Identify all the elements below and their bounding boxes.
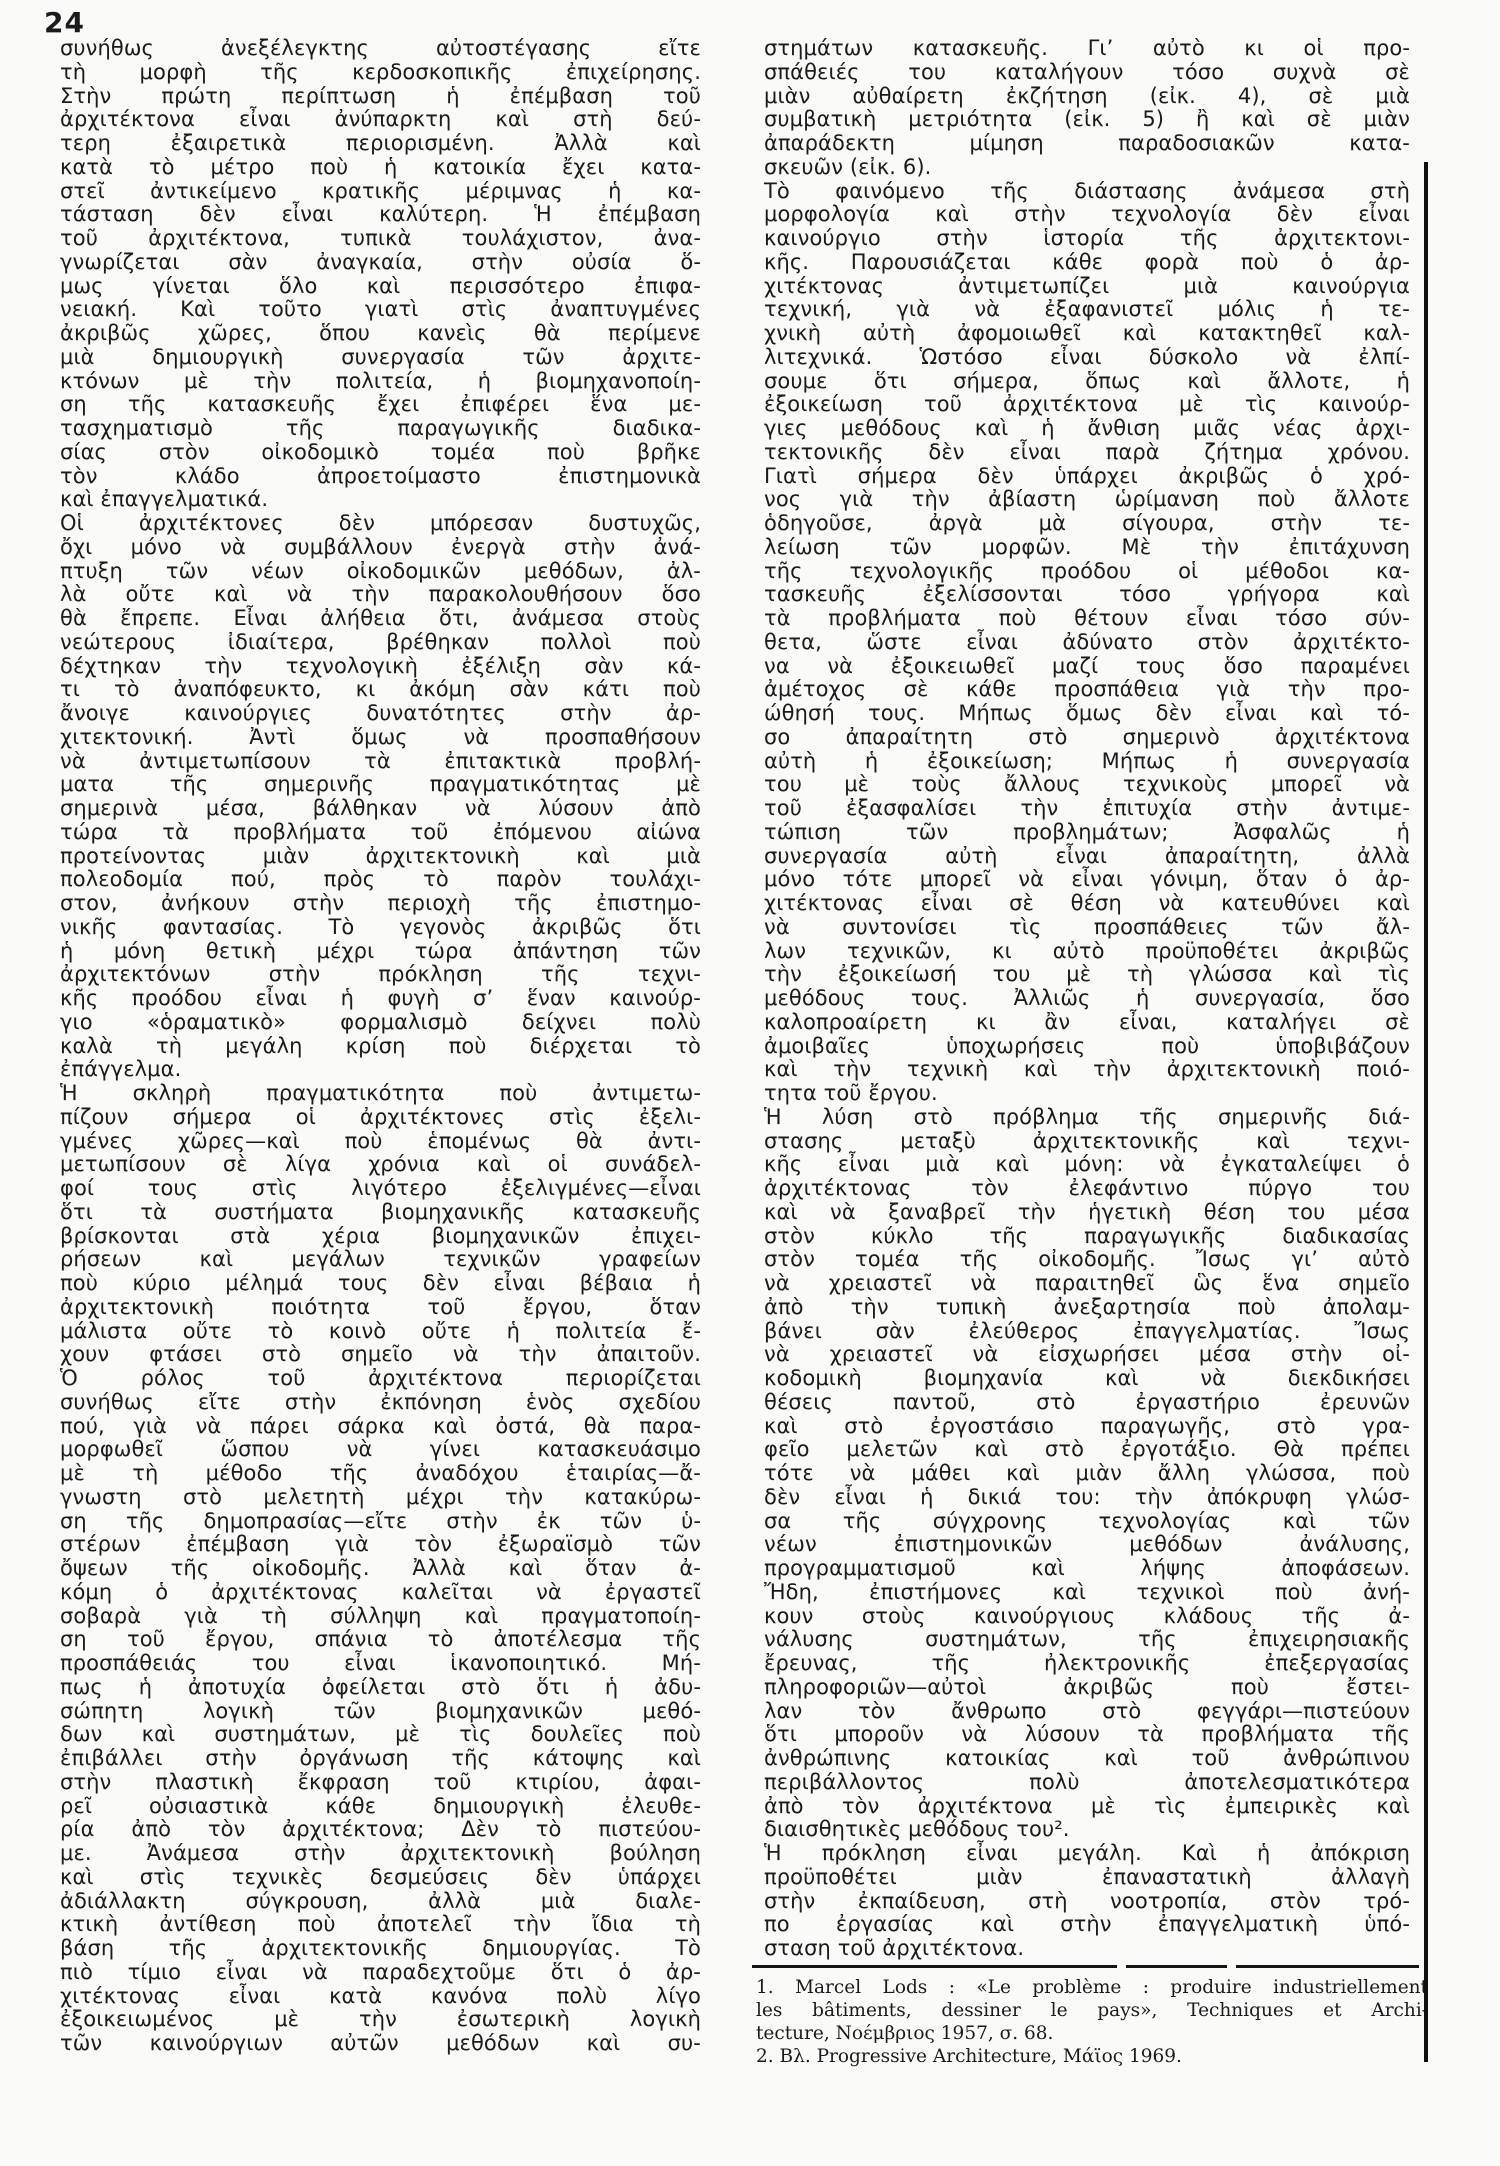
- text-line: σο ἀπαραίτητη στὸ σημερινὸ ἀρχιτέκτονα: [764, 726, 1410, 750]
- text-line: καλοπροαίρετη κι ἂν εἶναι, καταλήγει σὲ: [764, 1011, 1410, 1035]
- text-line: σοβαρὰ γιὰ τὴ σύλληψη καὶ πραγματοποίη-: [60, 1605, 701, 1629]
- text-line: ἐξοικείωση τοῦ ἀρχιτέκτονα μὲ τὶς καινού…: [764, 393, 1410, 417]
- text-line: Τὸ φαινόμενο τῆς διάστασης ἀνάμεσα στὴ: [764, 180, 1410, 204]
- footnote-separator-rule: [752, 1964, 1428, 1968]
- text-line: ἐπιβάλλει στὴν ὀργάνωση τῆς κάτοψης καὶ: [60, 1747, 701, 1771]
- text-line: καὶ τὴν τεχνικὴ καὶ τὴν ἀρχιτεκτονικὴ πο…: [764, 1058, 1410, 1082]
- text-line: νὰ χρειαστεῖ νὰ εἰσχωρήσει μέσα στὴν οἰ-: [764, 1343, 1410, 1367]
- text-line: χνικὴ αὐτὴ ἀφομοιωθεῖ καὶ κατακτηθεῖ καλ…: [764, 322, 1410, 346]
- text-line: τοῦ ἐξασφαλίσει τὴν ἐπιτυχία στὴν ἀντιμε…: [764, 797, 1410, 821]
- text-line: σώπητη λογικὴ τῶν βιομηχανικῶν μεθό-: [60, 1700, 701, 1724]
- text-line: ἀμέτοχος σὲ κάθε προσπάθεια γιὰ τὴν προ-: [764, 678, 1410, 702]
- text-line: κῆς εἶναι μιὰ καὶ μόνη: νὰ ἐγκαταλείψει …: [764, 1153, 1410, 1177]
- text-line: καὶ ἐπαγγελματικά.: [60, 488, 701, 512]
- text-line: στὴν ἐκπαίδευση, στὴ νοοτροπία, στὸν τρό…: [764, 1890, 1410, 1914]
- text-line: ἀρχιτέκτονα εἶναι ἀνύπαρκτη καὶ στὴ δεύ-: [60, 108, 701, 132]
- text-line: Οἱ ἀρχιτέκτονες δὲν μπόρεσαν δυστυχῶς,: [60, 512, 701, 536]
- text-line: σημερινὰ μέσα, βάλθηκαν νὰ λύσουν ἀπὸ: [60, 797, 701, 821]
- text-line: σπάθειές του καταλήγουν τόσο συχνὰ σὲ: [764, 61, 1410, 85]
- text-line: λιτεχνικά. Ὡστόσο εἶναι δύσκολο νὰ ἐλπί-: [764, 346, 1410, 370]
- text-line: Ὁ ρόλος τοῦ ἀρχιτέκτονα περιορίζεται: [60, 1367, 701, 1391]
- text-line: στημάτων κατασκευῆς. Γι’ αὐτὸ κι οἱ προ-: [764, 37, 1410, 61]
- text-line: καὶ νὰ ξαναβρεῖ τὴν ἡγετικὴ θέση του μέσ…: [764, 1201, 1410, 1225]
- text-line: βρίσκονται στὰ χέρια βιομηχανικῶν ἐπιχει…: [60, 1225, 701, 1249]
- text-line: καινούργιο στὴν ἱστορία τῆς ἀρχιτεκτονι-: [764, 227, 1410, 251]
- text-line: στον, ἀνήκουν στὴν περιοχὴ τῆς ἐπιστημο-: [60, 892, 701, 916]
- text-line: ἡ μόνη θετικὴ μέχρι τώρα ἀπάντηση τῶν: [60, 940, 701, 964]
- text-line: συνήθως ἀνεξέλεγκτης αὐτοστέγασης εἴτε: [60, 37, 701, 61]
- text-line: κατὰ τὸ μέτρο ποὺ ἡ κατοικία ἔχει κατα-: [60, 156, 701, 180]
- text-line: γνωστη στὸ μελετητὴ μέχρι τὴν κατακύρω-: [60, 1486, 701, 1510]
- text-line: ὅτι μποροῦν νὰ λύσουν τὰ προβλήματα τῆς: [764, 1723, 1410, 1747]
- text-line: ματα τῆς σημερινῆς πραγματικότητας μὲ: [60, 773, 701, 797]
- text-line: νειακή. Καὶ τοῦτο γιατὶ στὶς ἀναπτυγμένε…: [60, 298, 701, 322]
- text-line: μάλιστα οὔτε τὸ κοινὸ οὔτε ἡ πολιτεία ἔ-: [60, 1320, 701, 1344]
- text-line: μορφολογία καὶ στὴν τεχνολογία δὲν εἶναι: [764, 203, 1410, 227]
- text-line: ἀνθρώπινης κατοικίας καὶ τοῦ ἀνθρώπινου: [764, 1747, 1410, 1771]
- text-line: θέσεις παντοῦ, στὸ ἐργαστήριο ἐρευνῶν: [764, 1391, 1410, 1415]
- text-line: μιὰν αὐθαίρετη ἐκζήτηση (εἰκ. 4), σὲ μιὰ: [764, 85, 1410, 109]
- text-line: τότε νὰ μάθει καὶ μιὰν ἄλλη γλώσσα, ποὺ: [764, 1462, 1410, 1486]
- text-line: ὅτι τὰ συστήματα βιομηχανικῆς κατασκευῆς: [60, 1201, 701, 1225]
- text-line: τερη ἐξαιρετικὰ περιορισμένη. Ἀλλὰ καὶ: [60, 132, 701, 156]
- text-line: προϋποθέτει μιὰν ἐπαναστατικὴ ἀλλαγὴ: [764, 1866, 1410, 1890]
- text-line: αὐτὴ ἡ ἐξοικείωση; Μήπως ἡ συνεργασία: [764, 750, 1410, 774]
- text-line: στὴν πλαστικὴ ἔκφραση τοῦ κτιρίου, ἀφαι-: [60, 1771, 701, 1795]
- text-line: γιες μεθόδους καὶ ἡ ἄνθιση μιᾶς νέας ἀρχ…: [764, 417, 1410, 441]
- text-line: τώπιση τῶν προβλημάτων; Ἀσφαλῶς ἡ: [764, 821, 1410, 845]
- text-line: περιβάλλοντος πολὺ ἀποτελεσματικότερα: [764, 1771, 1410, 1795]
- text-line: νὰ χρειαστεῖ νὰ παραιτηθεῖ ὣς ἕνα σημεῖο: [764, 1272, 1410, 1296]
- text-line: προγραμματισμοῦ καὶ λήψης ἀποφάσεων.: [764, 1557, 1410, 1581]
- text-line: σουμε ὅτι σήμερα, ὅπως καὶ ἄλλοτε, ἡ: [764, 370, 1410, 394]
- text-line: θετα, ὥστε εἶναι ἀδύνατο στὸν ἀρχιτέκτο-: [764, 631, 1410, 655]
- text-line: λαν τὸν ἄνθρωπο στὸ φεγγάρι—πιστεύουν: [764, 1700, 1410, 1724]
- text-line: λείωση τῶν μορφῶν. Μὲ τὴν ἐπιτάχυνση: [764, 536, 1410, 560]
- text-line: γιο «ὁραματικὸ» φορμαλισμὸ δείχνει πολὺ: [60, 1011, 701, 1035]
- text-line: γμένες χῶρες—καὶ ποὺ ἑπομένως θὰ ἀντι-: [60, 1130, 701, 1154]
- text-line: του μὲ τοὺς ἄλλους τεχνικοὺς μπορεῖ νὰ: [764, 773, 1410, 797]
- rule-segment: [1126, 1965, 1227, 1968]
- text-line: τοῦ ἀρχιτέκτονα, τυπικὰ τουλάχιστον, ἀνα…: [60, 227, 701, 251]
- text-line: μορφωθεῖ ὥσπου νὰ γίνει κατασκευάσιμο: [60, 1438, 701, 1462]
- text-line: λων τεχνικῶν, κι αὐτὸ προϋποθέτει ἀκριβῶ…: [764, 940, 1410, 964]
- text-line: μετωπίσουν σὲ λίγα χρόνια καὶ οἱ συνάδελ…: [60, 1153, 701, 1177]
- text-line: νος γιὰ τὴν ἀβίαστη ὡρίμανση ποὺ ἄλλοτε: [764, 488, 1410, 512]
- text-line: φοί τους στὶς λιγότερο ἐξελιγμένες—εἶναι: [60, 1177, 701, 1201]
- text-line: συμβατικὴ μετριότητα (εἰκ. 5) ἢ καὶ σὲ μ…: [764, 108, 1410, 132]
- text-line: με. Ἀνάμεσα στὴν ἀρχιτεκτονικὴ βούληση: [60, 1842, 701, 1866]
- text-line: τὸν κλάδο ἀπροετοίμαστο ἐπιστημονικὰ: [60, 465, 701, 489]
- text-line: τεχνική, γιὰ νὰ ἐξαφανιστεῖ μόλις ἡ τε-: [764, 298, 1410, 322]
- text-line: νέων ἐπιστημονικῶν μεθόδων ἀνάλυσης,: [764, 1533, 1410, 1557]
- text-line: τῆς τεχνολογικῆς προόδου οἱ μέθοδοι κα-: [764, 560, 1410, 584]
- text-line: πως ἡ ἀποτυχία ὀφείλεται στὸ ὅτι ἡ ἀδυ-: [60, 1676, 701, 1700]
- text-line: κοδομικὴ βιομηχανία καὶ νὰ διεκδικήσει: [764, 1367, 1410, 1391]
- right-text-column: στημάτων κατασκευῆς. Γι’ αὐτὸ κι οἱ προ-…: [764, 37, 1410, 1961]
- text-line: Γιατὶ σήμερα δὲν ὑπάρχει ἀκριβῶς ὁ χρό-: [764, 465, 1410, 489]
- text-line: πίζουν σήμερα οἱ ἀρχιτέκτονες στὶς ἐξελι…: [60, 1106, 701, 1130]
- text-line: λὰ οὔτε καὶ νὰ τὴν παρακολουθήσουν ὅσο: [60, 583, 701, 607]
- text-line: χιτεκτονική. Ἀντὶ ὅμως νὰ προσπαθήσουν: [60, 726, 701, 750]
- text-line: μεθόδους τους. Ἀλλιῶς ἡ συνεργασία, ὅσο: [764, 987, 1410, 1011]
- text-line: τητα τοῦ ἔργου.: [764, 1082, 1410, 1106]
- text-line: μόνο τότε μπορεῖ νὰ εἶναι γόνιμη, ὅταν ὁ…: [764, 868, 1410, 892]
- text-line: ἀπαράδεκτη μίμηση παραδοσιακῶν κατα-: [764, 132, 1410, 156]
- rule-segment: [752, 1965, 1117, 1968]
- text-line: κῆς προόδου εἶναι ἡ φυγὴ σ’ ἕναν καινούρ…: [60, 987, 701, 1011]
- text-line: τασκευῆς ἐξελίσσονται τόσο γρήγορα καὶ: [764, 583, 1410, 607]
- text-line: πολεοδομία πού, πρὸς τὸ παρὸν τουλάχι-: [60, 868, 701, 892]
- text-line: τὰ προβλήματα ποὺ θέτουν εἶναι τόσο σύν-: [764, 607, 1410, 631]
- text-line: ρία ἀπὸ τὸν ἀρχιτέκτονα; Δὲν τὸ πιστεύου…: [60, 1818, 701, 1842]
- text-line: ἀπὸ τὴν τυπικὴ ἀνεξαρτησία ποὺ ἀπολαμ-: [764, 1296, 1410, 1320]
- text-line: να νὰ ἐξοικειωθεῖ μαζί τους ὅσο παραμένε…: [764, 655, 1410, 679]
- text-line: Ἡ σκληρὴ πραγματικότητα ποὺ ἀντιμετω-: [60, 1082, 701, 1106]
- text-line: βάση τῆς ἀρχιτεκτονικῆς δημιουργίας. Τὸ: [60, 1937, 701, 1961]
- text-line: πληροφοριῶν—αὐτοὶ ἀκριβῶς ποὺ ἔστει-: [764, 1676, 1410, 1700]
- text-line: στεῖ ἀντικείμενο κρατικῆς μέριμνας ἡ κα-: [60, 180, 701, 204]
- text-line: πτυξη τῶν νέων οἰκοδομικῶν μεθόδων, ἀλ-: [60, 560, 701, 584]
- text-line: γνωρίζεται σὰν ἀναγκαία, στὴν οὐσία ὅ-: [60, 251, 701, 275]
- text-line: κόμη ὁ ἀρχιτέκτονας καλεῖται νὰ ἐργαστεῖ: [60, 1581, 701, 1605]
- text-line: νικῆς φαντασίας. Τὸ γεγονὸς ἀκριβῶς ὅτι: [60, 916, 701, 940]
- footnote-line: 2. Βλ. Progressive Architecture, Μάϊος 1…: [756, 2045, 1428, 2068]
- text-line: μιὰ δημιουργικὴ συνεργασία τῶν ἀρχιτε-: [60, 346, 701, 370]
- text-line: χιτέκτονας εἶναι κατὰ κανόνα πολὺ λίγο: [60, 1985, 701, 2009]
- text-line: συνεργασία αὐτὴ εἶναι ἀπαραίτητη, ἀλλὰ: [764, 845, 1410, 869]
- text-line: καὶ στὶς τεχνικὲς δεσμεύσεις δὲν ὑπάρχει: [60, 1866, 701, 1890]
- text-line: ποὺ κύριο μέλημά τους δὲν εἶναι βέβαια ἡ: [60, 1272, 701, 1296]
- text-line: ἄνοιγε καινούργιες δυνατότητες στὴν ἀρ-: [60, 702, 701, 726]
- text-line: Ἡ πρόκληση εἶναι μεγάλη. Καὶ ἡ ἀπόκριση: [764, 1842, 1410, 1866]
- text-line: στὸν κύκλο τῆς παραγωγικῆς διαδικασίας: [764, 1225, 1410, 1249]
- text-line: τῶν καινούργιων αὐτῶν μεθόδων καὶ συ-: [60, 2032, 701, 2056]
- text-line: θὰ ἔπρεπε. Εἶναι ἀλήθεια ὅτι, ἀνάμεσα στ…: [60, 607, 701, 631]
- text-line: ση τῆς κατασκευῆς ἔχει ἐπιφέρει ἕνα με-: [60, 393, 701, 417]
- text-line: τεκτονικῆς δὲν εἶναι παρὰ ζήτημα χρόνου.: [764, 441, 1410, 465]
- text-line: κτικὴ ἀντίθεση ποὺ ἀποτελεῖ τὴν ἴδια τὴ: [60, 1913, 701, 1937]
- text-line: καὶ στὸ ἐργοστάσιο παραγωγῆς, στὸ γρα-: [764, 1415, 1410, 1439]
- text-line: ἐπάγγελμα.: [60, 1058, 701, 1082]
- text-line: νεώτερους ἰδιαίτερα, βρέθηκαν πολλοὶ ποὺ: [60, 631, 701, 655]
- text-line: τασχηματισμὸ τῆς παραγωγικῆς διαδικα-: [60, 417, 701, 441]
- text-line: ση τῆς δημοπρασίας—εἴτε στὴν ἐκ τῶν ὑ-: [60, 1510, 701, 1534]
- text-line: μως γίνεται ὅλο καὶ περισσότερο ἐπιφα-: [60, 275, 701, 299]
- text-line: σκευῶν (εἰκ. 6).: [764, 156, 1410, 180]
- text-line: τὴ μορφὴ τῆς κερδοσκοπικῆς ἐπιχείρησης.: [60, 61, 701, 85]
- text-line: ἀδιάλλακτη σύγκρουση, ἀλλὰ μιὰ διαλε-: [60, 1890, 701, 1914]
- text-line: ὁδηγοῦσε, ἀργὰ μὰ σίγουρα, στὴν τε-: [764, 512, 1410, 536]
- text-line: ρεῖ οὐσιαστικὰ κάθε δημιουργικὴ ἐλευθε-: [60, 1795, 701, 1819]
- footnote-line: 1. Marcel Lods : «Le problème : produire…: [756, 1976, 1428, 1999]
- text-line: δὲν εἶναι ἡ δικιά του: τὴν ἀπόκρυφη γλώσ…: [764, 1486, 1410, 1510]
- text-line: πού, γιὰ νὰ πάρει σάρκα καὶ ὀστά, θὰ παρ…: [60, 1415, 701, 1439]
- text-line: σταση τοῦ ἀρχιτέκτονα.: [764, 1937, 1410, 1961]
- text-line: ἀκριβῶς χῶρες, ὅπου κανεὶς θὰ περίμενε: [60, 322, 701, 346]
- text-line: δέχτηκαν τὴν τεχνολογικὴ ἐξέλιξη σὰν κά-: [60, 655, 701, 679]
- scanned-document-page: 24 συνήθως ἀνεξέλεγκτης αὐτοστέγασης εἴτ…: [0, 0, 1500, 2166]
- rule-segment: [1236, 1965, 1419, 1968]
- text-line: Ἤδη, ἐπιστήμονες καὶ τεχνικοὶ ποὺ ἀνή-: [764, 1581, 1410, 1605]
- text-line: στασης μεταξὺ ἀρχιτεκτονικῆς καὶ τεχνι-: [764, 1130, 1410, 1154]
- page-edge-rule: [1424, 162, 1428, 2062]
- text-line: βάνει σὰν ἐλεύθερος ἐπαγγελματίας. Ἴσως: [764, 1320, 1410, 1344]
- text-line: προτείνοντας μιὰν ἀρχιτεκτονικὴ καὶ μιὰ: [60, 845, 701, 869]
- text-line: φεῖο μελετῶν καὶ στὸ ἐργοτάξιο. Θὰ πρέπε…: [764, 1438, 1410, 1462]
- text-line: ση τοῦ ἔργου, σπάνια τὸ ἀποτέλεσμα τῆς: [60, 1628, 701, 1652]
- left-text-column: συνήθως ἀνεξέλεγκτης αὐτοστέγασης εἴτετὴ…: [60, 37, 701, 2056]
- text-line: ἀπὸ τὸν ἀρχιτέκτονα μὲ τὶς ἐμπειρικὲς κα…: [764, 1795, 1410, 1819]
- text-line: χουν φτάσει στὸ σημεῖο νὰ τὴν ἀπαιτοῦν.: [60, 1343, 701, 1367]
- text-line: νάλυσης συστημάτων, τῆς ἐπιχειρησιακῆς: [764, 1628, 1410, 1652]
- text-line: χιτέκτονας ἀντιμετωπίζει μιὰ καινούργια: [764, 275, 1410, 299]
- footnote-line: tecture, Νοέμβριος 1957, σ. 68.: [756, 2022, 1428, 2045]
- text-line: πιὸ τίμιο εἶναι νὰ παραδεχτοῦμε ὅτι ὁ ἀρ…: [60, 1961, 701, 1985]
- text-line: τώρα τὰ προβλήματα τοῦ ἐπόμενου αἰώνα: [60, 821, 701, 845]
- text-line: ρήσεων καὶ μεγάλων τεχνικῶν γραφείων: [60, 1248, 701, 1272]
- text-line: τὴν ἐξοικείωσή του μὲ τὴ γλώσσα καὶ τὶς: [764, 963, 1410, 987]
- text-line: δων καὶ συστημάτων, μὲ τὶς δουλεῖες ποὺ: [60, 1723, 701, 1747]
- text-line: τι τὸ ἀναπόφευκτο, κι ἀκόμη σὰν κάτι ποὺ: [60, 678, 701, 702]
- footnote-line: les bâtiments, dessiner le pays», Techni…: [756, 1999, 1428, 2022]
- text-line: Ἡ λύση στὸ πρόβλημα τῆς σημερινῆς διά-: [764, 1106, 1410, 1130]
- footnotes-block: 1. Marcel Lods : «Le problème : produire…: [756, 1976, 1428, 2068]
- text-line: σίας στὸν οἰκοδομικὸ τομέα ποὺ βρῆκε: [60, 441, 701, 465]
- text-line: νὰ ἀντιμετωπίσουν τὰ ἐπιτακτικὰ προβλή-: [60, 750, 701, 774]
- text-line: ἀμοιβαῖες ὑποχωρήσεις ποὺ ὑποβιβάζουν: [764, 1035, 1410, 1059]
- text-line: κουν στοὺς καινούργιους κλάδους τῆς ἀ-: [764, 1605, 1410, 1629]
- text-line: μὲ τὴ μέθοδο τῆς ἀναδόχου ἑταιρίας—ἄ-: [60, 1462, 701, 1486]
- text-line: ὄψεων τῆς οἰκοδομῆς. Ἀλλὰ καὶ ὅταν ἀ-: [60, 1557, 701, 1581]
- text-line: στέρων ἐπέμβαση γιὰ τὸν ἐξωραϊσμὸ τῶν: [60, 1533, 701, 1557]
- text-line: ἐξοικειωμένος μὲ τὴν ἐσωτερικὴ λογικὴ: [60, 2008, 701, 2032]
- text-line: διαισθητικὲς μεθόδους του².: [764, 1818, 1410, 1842]
- text-line: ἀρχιτέκτονας τὸν ἐλεφάντινο πύργο του: [764, 1177, 1410, 1201]
- text-line: καλὰ τὴ μεγάλη κρίση ποὺ διέρχεται τὸ: [60, 1035, 701, 1059]
- text-line: ἀρχιτεκτόνων στὴν πρόκληση τῆς τεχνι-: [60, 963, 701, 987]
- text-line: ώθησή τους. Μήπως ὅμως δὲν εἶναι καὶ τό-: [764, 702, 1410, 726]
- text-line: προσπάθειάς του εἶναι ἱκανοποιητικό. Μή-: [60, 1652, 701, 1676]
- text-line: ἔρευνας, τῆς ἠλεκτρονικῆς ἐπεξεργασίας: [764, 1652, 1410, 1676]
- text-line: νὰ συντονίσει τὶς προσπάθειες τῶν ἄλ-: [764, 916, 1410, 940]
- text-line: στὸν τομέα τῆς οἰκοδομῆς. Ἴσως γι’ αὐτὸ: [764, 1248, 1410, 1272]
- text-line: κῆς. Παρουσιάζεται κάθε φορὰ ποὺ ὁ ἀρ-: [764, 251, 1410, 275]
- text-line: Στὴν πρώτη περίπτωση ἡ ἐπέμβαση τοῦ: [60, 85, 701, 109]
- text-line: ὄχι μόνο νὰ συμβάλλουν ἐνεργὰ στὴν ἀνά-: [60, 536, 701, 560]
- text-line: ἀρχιτεκτονικὴ ποιότητα τοῦ ἔργου, ὅταν: [60, 1296, 701, 1320]
- page-number: 24: [44, 6, 85, 39]
- text-line: χιτέκτονας εἶναι σὲ θέση νὰ κατευθύνει κ…: [764, 892, 1410, 916]
- text-line: σα τῆς σύγχρονης τεχνολογίας καὶ τῶν: [764, 1510, 1410, 1534]
- text-line: τάσταση δὲν εἶναι καλύτερη. Ἡ ἐπέμβαση: [60, 203, 701, 227]
- text-line: συνήθως εἴτε στὴν ἐκπόνηση ἑνὸς σχεδίου: [60, 1391, 701, 1415]
- text-line: κτόνων μὲ τὴν πολιτεία, ἡ βιομηχανοποίη-: [60, 370, 701, 394]
- text-line: πο ἐργασίας καὶ στὴν ἐπαγγελματικὴ ὑπό-: [764, 1913, 1410, 1937]
